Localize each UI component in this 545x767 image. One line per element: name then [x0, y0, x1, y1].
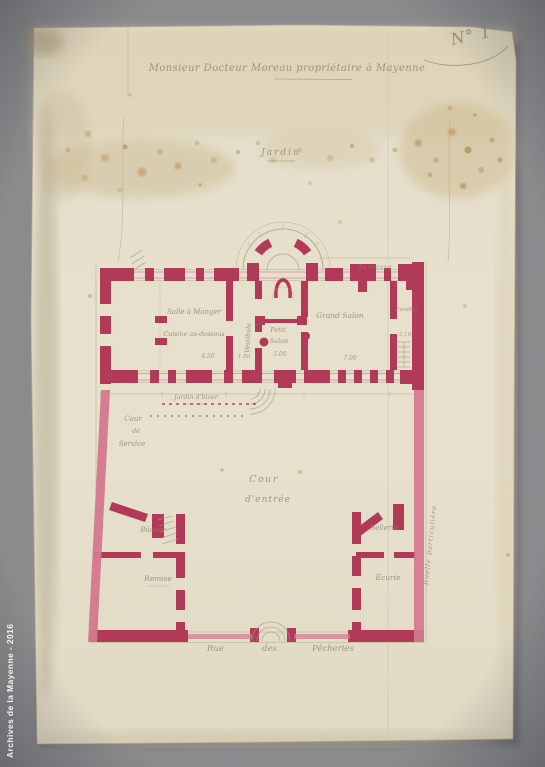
scanned-plan-svg: N° 1 Monsieur Docteur Moreau propriétair… — [0, 0, 545, 767]
scan-background: N° 1 Monsieur Docteur Moreau propriétair… — [0, 0, 545, 767]
scan-vignette — [0, 0, 545, 767]
archive-watermark: Archives de la Mayenne - 2016 — [5, 608, 15, 758]
